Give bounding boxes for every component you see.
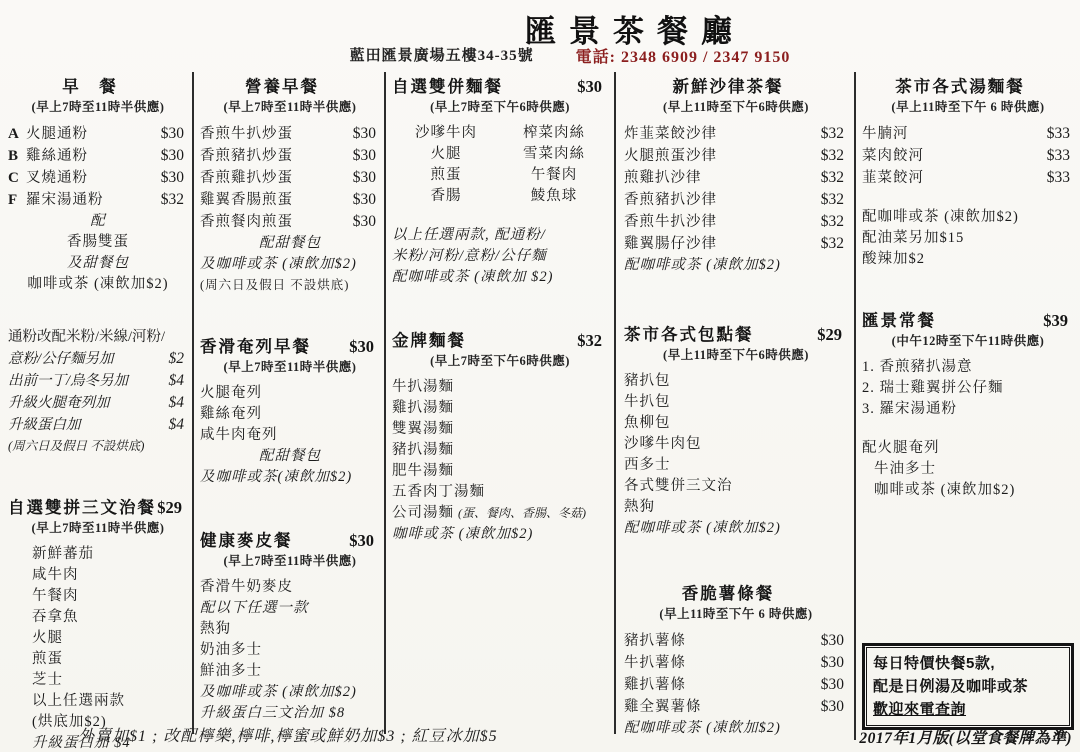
section-header: 茶市各式包點餐 $29	[624, 324, 848, 346]
menu-item-row: 熱狗	[624, 497, 848, 518]
menu-item-row: 西多士	[624, 455, 848, 476]
item-name: 香煎豬扒炒蛋	[200, 146, 293, 167]
restaurant-phone: 電話: 2348 6909 / 2347 9150	[576, 44, 791, 67]
menu-item-row: 炸韮菜餃沙律$32	[624, 123, 848, 145]
menu-item-row: 香腸雙蛋	[8, 232, 188, 253]
section-title: 自選雙拼三文治餐	[8, 497, 156, 519]
menu-item-row: (周六日及假日 不設烘底)	[8, 436, 188, 457]
section-fresh-salad-tea-set: 新鮮沙律茶餐 (早上11時至下午6時供應) 炸韮菜餃沙律$32火腿煎蛋沙律$32…	[624, 76, 848, 276]
item-price: $30	[353, 123, 380, 144]
item-price: $30	[161, 145, 188, 166]
menu-item-row: 香滑牛奶麥皮	[200, 577, 380, 598]
menu-item-row: 菜肉餃河$33	[862, 145, 1074, 167]
menu-item-row: 豬扒包	[624, 371, 848, 392]
menu-page: 匯景茶餐廳 藍田匯景廣場五樓34-35號 電話: 2348 6909 / 234…	[0, 0, 1080, 752]
menu-column-1: 早 餐 (早上7時至11時半供應) A火腿通粉$30B雞絲通粉$30C叉燒通粉$…	[8, 70, 188, 752]
item-price: $33	[1047, 145, 1074, 166]
item-name: 火腿	[32, 628, 63, 649]
section-header: 早 餐	[8, 76, 188, 98]
section-omelette-breakfast: 香滑奄列早餐 $30 (早上7時至11時半供應) 火腿奄列雞絲奄列咸牛肉奄列配甜…	[200, 336, 380, 488]
section-items: 香煎牛扒炒蛋$30香煎豬扒炒蛋$30香煎雞扒炒蛋$30雞翼香腸煎蛋$30香煎餐肉…	[200, 123, 380, 296]
item-name: 咖啡或茶 (凍飲加$2)	[874, 480, 1015, 501]
menu-item-row: 配咖啡或茶 (凍飲加$2)	[624, 518, 848, 539]
item-name: 配	[90, 211, 106, 232]
column-divider	[192, 72, 194, 734]
menu-item-row: C叉燒通粉$30	[8, 167, 188, 189]
menu-item-row: 午餐肉	[8, 586, 188, 607]
item-name: 通粉改配米粉/米線/河粉/	[8, 327, 165, 348]
menu-item-row: 雞翼香腸煎蛋$30	[200, 189, 380, 211]
item-name: 配咖啡或茶 (凍飲加 $2)	[392, 267, 553, 288]
menu-item-row: 咖啡或茶 (凍飲加$2)	[8, 274, 188, 295]
menu-column-5: 茶市各式湯麵餐 (早上11時至下午 6 時供應) 牛腩河$33菜肉餃河$33韮菜…	[862, 70, 1074, 730]
menu-item-row: 五香肉丁湯麵	[392, 482, 608, 503]
item-price: $2	[169, 348, 189, 369]
item-name: 煎雞扒沙律	[624, 168, 702, 189]
item-name: 意粉/公仔麵另加	[8, 349, 114, 370]
item-name: 叉燒通粉	[26, 168, 88, 189]
item-price: $30	[161, 167, 188, 188]
menu-item-row: 咖啡或茶 (凍飲加$2)	[862, 480, 1074, 501]
section-items: 牛腩河$33菜肉餃河$33韮菜餃河$33配咖啡或茶 (凍飲加$2)配油菜另加$1…	[862, 123, 1074, 270]
menu-item-row: 火腿奄列	[200, 383, 380, 404]
menu-item-row: 芝士	[8, 670, 188, 691]
menu-item-row: 升級蛋白加$4	[8, 414, 188, 436]
daily-special-box: 每日特價快餐5款, 配是日例湯及咖啡或茶 歡迎來電查詢	[862, 643, 1074, 730]
item-price: $30	[353, 211, 380, 232]
section-items: 炸韮菜餃沙律$32火腿煎蛋沙律$32煎雞扒沙律$32香煎豬扒沙律$32香煎牛扒沙…	[624, 123, 848, 276]
section-header: 自選雙拼三文治餐 $29	[8, 497, 188, 519]
item-name: 煎蛋	[392, 165, 500, 186]
section-hours: (早上7時至11時半供應)	[200, 358, 380, 377]
item-name: 升級蛋白加	[8, 415, 81, 436]
section-items: A火腿通粉$30B雞絲通粉$30C叉燒通粉$30F羅宋湯通粉$32配香腸雙蛋及甜…	[8, 123, 188, 295]
restaurant-address: 藍田匯景廣場五樓34-35號	[350, 44, 534, 67]
item-letter: B	[8, 146, 26, 167]
item-name: 米粉/河粉/意粉/公仔麵	[392, 246, 547, 267]
item-price: $4	[169, 370, 189, 391]
menu-item-row: F羅宋湯通粉$32	[8, 189, 188, 211]
section-items: 香滑牛奶麥皮配以下任選一款熱狗奶油多士鮮油多士及咖啡或茶 (凍飲加$2)升級蛋白…	[200, 577, 380, 724]
menu-item-row: 鮮油多士	[200, 661, 380, 682]
item-name: 出前一丁/烏冬另加	[8, 371, 128, 392]
menu-item-row: 及甜餐包	[8, 253, 188, 274]
section-title: 茶市各式湯麵餐	[895, 76, 1025, 98]
item-price: $33	[1047, 123, 1074, 144]
item-name: 各式雙併三文治	[624, 476, 733, 497]
item-name: 香腸雙蛋	[67, 232, 129, 253]
menu-item-row: 火腿煎蛋沙律$32	[624, 145, 848, 167]
section-hours: (早上11時至下午 6 時供應)	[862, 98, 1074, 117]
section-items: 豬扒包牛扒包魚柳包沙嗲牛肉包西多士各式雙併三文治熱狗配咖啡或茶 (凍飲加$2)	[624, 371, 848, 539]
special-line-2: 配是日例湯及咖啡或茶	[873, 675, 1063, 698]
section-price: $32	[577, 330, 608, 352]
menu-item-row: 香煎豬扒沙律$32	[624, 189, 848, 211]
footer-edition-date: 2017年1月版(以堂食餐牌為準)	[859, 726, 1072, 748]
item-name: 香滑牛奶麥皮	[200, 577, 293, 598]
menu-item-row: 韮菜餃河$33	[862, 167, 1074, 189]
menu-item-row: 米粉/河粉/意粉/公仔麵	[392, 246, 608, 267]
menu-item-row: 各式雙併三文治	[624, 476, 848, 497]
section-price: $30	[577, 76, 608, 98]
item-name: 雞絲通粉	[26, 146, 88, 167]
item-name: 雞翼香腸煎蛋	[200, 190, 293, 211]
item-name: 2. 瑞士雞翼拼公仔麵	[862, 378, 1004, 399]
section-header: 營養早餐	[200, 76, 380, 98]
item-name: 豬扒湯麵	[392, 440, 454, 461]
section-items: 通粉改配米粉/米線/河粉/意粉/公仔麵另加$2出前一丁/烏冬另加$4升級火腿奄列…	[8, 327, 188, 457]
item-name-right: 鯪魚球	[500, 186, 608, 207]
item-letter: A	[8, 124, 26, 145]
menu-item-row: 1. 香煎豬扒湯意	[862, 357, 1074, 378]
menu-item-row: 咖啡或茶 (凍飲加$2)	[392, 524, 608, 545]
menu-item-row: 牛扒湯麵	[392, 377, 608, 398]
section-noodle-swap-notes: 通粉改配米粉/米線/河粉/意粉/公仔麵另加$2出前一丁/烏冬另加$4升級火腿奄列…	[8, 327, 188, 457]
menu-item-row: A火腿通粉$30	[8, 123, 188, 145]
column-divider	[854, 72, 856, 740]
item-name: 咖啡或茶 (凍飲加$2)	[392, 524, 533, 545]
item-price: $30	[353, 145, 380, 166]
section-healthy-oatmeal-set: 健康麥皮餐 $30 (早上7時至11時半供應) 香滑牛奶麥皮配以下任選一款熱狗奶…	[200, 530, 380, 724]
item-price: $4	[169, 392, 189, 413]
section-items: 牛扒湯麵雞扒湯麵雙翼湯麵豬扒湯麵肥牛湯麵五香肉丁湯麵公司湯麵(蛋、餐肉、香腸、冬…	[392, 377, 608, 545]
section-items: 火腿奄列雞絲奄列咸牛肉奄列配甜餐包及咖啡或茶(凍飲加$2)	[200, 383, 380, 488]
item-price: $33	[1047, 167, 1074, 188]
section-items: 新鮮蕃茄咸牛肉午餐肉吞拿魚火腿煎蛋芝士以上任選兩款(烘底加$2)升級蛋白加 $4	[8, 544, 188, 752]
menu-item-row: 煎蛋午餐肉	[392, 165, 608, 186]
section-price: $29	[817, 324, 848, 346]
section-title: 自選雙併麵餐	[392, 76, 503, 98]
item-name: 配以下任選一款	[200, 598, 309, 619]
section-nutrition-breakfast: 營養早餐 (早上7時至11時半供應) 香煎牛扒炒蛋$30香煎豬扒炒蛋$30香煎雞…	[200, 76, 380, 296]
item-name: 熱狗	[624, 497, 655, 518]
item-name: 及咖啡或茶(凍飲加$2)	[200, 467, 352, 488]
menu-item-row: B雞絲通粉$30	[8, 145, 188, 167]
section-header: 香滑奄列早餐 $30	[200, 336, 380, 358]
section-header: 茶市各式湯麵餐	[862, 76, 1074, 98]
item-name: 配咖啡或茶 (凍飲加$2)	[624, 255, 781, 276]
item-name: 奶油多士	[200, 640, 262, 661]
item-name: 雞扒薯條	[624, 675, 686, 696]
item-price: $32	[821, 145, 848, 166]
section-header: 新鮮沙律茶餐	[624, 76, 848, 98]
section-price: $30	[349, 336, 380, 358]
item-note: (蛋、餐肉、香腸、冬菇)	[458, 503, 586, 524]
section-header: 金牌麵餐 $32	[392, 330, 608, 352]
item-price: $32	[821, 123, 848, 144]
menu-item-row: 香煎豬扒炒蛋$30	[200, 145, 380, 167]
item-price: $30	[161, 123, 188, 144]
item-name: 咸牛肉	[32, 565, 79, 586]
item-name: 雙翼湯麵	[392, 419, 454, 440]
menu-item-row: 雙翼湯麵	[392, 419, 608, 440]
item-name: 牛扒包	[624, 392, 671, 413]
menu-item-row: 熱狗	[200, 619, 380, 640]
item-name: 炸韮菜餃沙律	[624, 124, 717, 145]
item-name: 鮮油多士	[200, 661, 262, 682]
menu-item-row: 配咖啡或茶 (凍飲加$2)	[624, 718, 848, 739]
section-diy-double-sandwich-set: 自選雙拼三文治餐 $29 (早上7時至11時半供應) 新鮮蕃茄咸牛肉午餐肉吞拿魚…	[8, 497, 188, 752]
menu-item-row: 以上任選兩款	[8, 691, 188, 712]
menu-item-row: 通粉改配米粉/米線/河粉/	[8, 327, 188, 348]
item-name: 火腿煎蛋沙律	[624, 146, 717, 167]
menu-item-row: 奶油多士	[200, 640, 380, 661]
menu-item-row: 豬扒薯條$30	[624, 630, 848, 652]
menu-item-row: 配咖啡或茶 (凍飲加$2)	[862, 207, 1074, 228]
item-name: 牛扒湯麵	[392, 377, 454, 398]
menu-item-row: 配	[8, 211, 188, 232]
item-name: 火腿奄列	[200, 383, 262, 404]
menu-item-row: 配油菜另加$15	[862, 228, 1074, 249]
item-name: 豬扒包	[624, 371, 671, 392]
menu-item-row: 牛腩河$33	[862, 123, 1074, 145]
section-price: $29	[157, 497, 188, 519]
item-name: 香腸	[392, 186, 500, 207]
section-title: 香滑奄列早餐	[200, 336, 311, 358]
item-name: 酸辣加$2	[862, 249, 925, 270]
item-price: $4	[169, 414, 189, 435]
item-name: 咸牛肉奄列	[200, 425, 278, 446]
section-items: 沙嗲牛肉榨菜肉絲火腿雪菜肉絲煎蛋午餐肉香腸鯪魚球以上任選兩款, 配通粉/米粉/河…	[392, 123, 608, 288]
item-name: 公司湯麵	[392, 503, 454, 524]
section-tea-time-bun-set: 茶市各式包點餐 $29 (早上11時至下午6時供應) 豬扒包牛扒包魚柳包沙嗲牛肉…	[624, 324, 848, 539]
item-price: $32	[821, 211, 848, 232]
section-diy-double-noodle-set: 自選雙併麵餐 $30 (早上7時至下午6時供應) 沙嗲牛肉榨菜肉絲火腿雪菜肉絲煎…	[392, 76, 608, 288]
item-name: 火腿通粉	[26, 124, 88, 145]
menu-item-row: 雞扒薯條$30	[624, 674, 848, 696]
item-name: 菜肉餃河	[862, 146, 924, 167]
section-header: 自選雙併麵餐 $30	[392, 76, 608, 98]
item-name: 香煎雞扒炒蛋	[200, 168, 293, 189]
item-name: (周六日及假日 不設烘底)	[8, 436, 144, 457]
section-hours: (早上7時至下午6時供應)	[392, 352, 608, 371]
section-header: 匯景常餐 $39	[862, 310, 1074, 332]
item-name: 豬扒薯條	[624, 631, 686, 652]
item-price: $32	[821, 233, 848, 254]
item-name: 升級火腿奄列加	[8, 393, 110, 414]
item-name: 牛油多士	[874, 459, 936, 480]
section-hours: (中午12時至下午11時供應)	[862, 332, 1074, 351]
section-wui-king-regular-set: 匯景常餐 $39 (中午12時至下午11時供應) 1. 香煎豬扒湯意2. 瑞士雞…	[862, 310, 1074, 501]
item-name: 咖啡或茶 (凍飲加$2)	[27, 274, 168, 295]
item-price: $30	[821, 630, 848, 651]
menu-item-row	[392, 207, 608, 225]
item-name: 新鮮蕃茄	[32, 544, 94, 565]
section-tea-time-soup-noodle-set: 茶市各式湯麵餐 (早上11時至下午 6 時供應) 牛腩河$33菜肉餃河$33韮菜…	[862, 76, 1074, 270]
menu-item-row: 咸牛肉奄列	[200, 425, 380, 446]
menu-item-row: 雞翼腸仔沙律$32	[624, 233, 848, 255]
section-crispy-fries-set: 香脆薯條餐 (早上11時至下午 6 時供應) 豬扒薯條$30牛扒薯條$30雞扒薯…	[624, 583, 848, 739]
menu-item-row: 火腿	[8, 628, 188, 649]
section-items: 豬扒薯條$30牛扒薯條$30雞扒薯條$30雞全翼薯條$30配咖啡或茶 (凍飲加$…	[624, 630, 848, 739]
item-name: 配油菜另加$15	[862, 228, 964, 249]
menu-item-row: 牛油多士	[862, 459, 1074, 480]
section-hours: (早上7時至11時半供應)	[200, 98, 380, 117]
item-name: 雞扒湯麵	[392, 398, 454, 419]
item-price: $30	[821, 674, 848, 695]
item-name-right: 榨菜肉絲	[500, 123, 608, 144]
item-name: (周六日及假日 不設烘底)	[200, 275, 349, 296]
item-name: 升級蛋白三文治加 $8	[200, 703, 345, 724]
item-name: 熱狗	[200, 619, 231, 640]
menu-item-row: 3. 羅宋湯通粉	[862, 399, 1074, 420]
menu-item-row: 配甜餐包	[200, 233, 380, 254]
menu-item-row: 肥牛湯麵	[392, 461, 608, 482]
section-hours: (早上11時至下午6時供應)	[624, 346, 848, 365]
item-name: 沙嗲牛肉包	[624, 434, 702, 455]
section-title: 健康麥皮餐	[200, 530, 293, 552]
menu-item-row: 煎雞扒沙律$32	[624, 167, 848, 189]
menu-item-row: 配甜餐包	[200, 446, 380, 467]
menu-item-row: 配咖啡或茶 (凍飲加$2)	[624, 255, 848, 276]
section-title: 茶市各式包點餐	[624, 324, 754, 346]
item-name: 香煎牛扒炒蛋	[200, 124, 293, 145]
menu-item-row: 香煎雞扒炒蛋$30	[200, 167, 380, 189]
item-name-right: 午餐肉	[500, 165, 608, 186]
item-price: $32	[821, 167, 848, 188]
item-price: $32	[821, 189, 848, 210]
menu-item-row	[862, 189, 1074, 207]
item-name: 以上任選兩款	[32, 691, 125, 712]
item-name: 3. 羅宋湯通粉	[862, 399, 957, 420]
section-title: 新鮮沙律茶餐	[673, 76, 784, 98]
section-hours: (早上7時至11時半供應)	[8, 519, 188, 538]
section-hours: (早上7時至11時半供應)	[8, 98, 188, 117]
item-name: 沙嗲牛肉	[392, 123, 500, 144]
menu-item-row: 香煎餐肉煎蛋$30	[200, 211, 380, 233]
menu-item-row: 雞扒湯麵	[392, 398, 608, 419]
menu-item-row: 沙嗲牛肉包	[624, 434, 848, 455]
item-name: 牛扒薯條	[624, 653, 686, 674]
item-name: 芝士	[32, 670, 63, 691]
item-name: 五香肉丁湯麵	[392, 482, 485, 503]
item-name: 配咖啡或茶 (凍飲加$2)	[862, 207, 1019, 228]
item-name: 雞絲奄列	[200, 404, 262, 425]
item-name: 香煎豬扒沙律	[624, 190, 717, 211]
menu-item-row: 升級火腿奄列加$4	[8, 392, 188, 414]
menu-item-row: 香腸鯪魚球	[392, 186, 608, 207]
menu-item-row: 及咖啡或茶(凍飲加$2)	[200, 467, 380, 488]
menu-item-row: 配以下任選一款	[200, 598, 380, 619]
menu-item-row: 牛扒薯條$30	[624, 652, 848, 674]
item-name: 配咖啡或茶 (凍飲加$2)	[624, 518, 781, 539]
item-name-right: 雪菜肉絲	[500, 144, 608, 165]
item-name: 配火腿奄列	[862, 438, 940, 459]
menu-item-row: 香煎牛扒沙律$32	[624, 211, 848, 233]
section-hours: (早上7時至下午6時供應)	[392, 98, 608, 117]
menu-item-row: 出前一丁/烏冬另加$4	[8, 370, 188, 392]
menu-column-2: 營養早餐 (早上7時至11時半供應) 香煎牛扒炒蛋$30香煎豬扒炒蛋$30香煎雞…	[200, 70, 380, 724]
menu-item-row: 配火腿奄列	[862, 438, 1074, 459]
section-title: 香脆薯條餐	[682, 583, 775, 605]
item-name: 雞全翼薯條	[624, 697, 702, 718]
item-price: $30	[353, 167, 380, 188]
section-gold-medal-noodle-set: 金牌麵餐 $32 (早上7時至下午6時供應) 牛扒湯麵雞扒湯麵雙翼湯麵豬扒湯麵肥…	[392, 330, 608, 545]
menu-item-row: 及咖啡或茶 (凍飲加$2)	[200, 682, 380, 703]
menu-item-row: 香煎牛扒炒蛋$30	[200, 123, 380, 145]
item-name: 配甜餐包	[259, 446, 321, 467]
item-letter: F	[8, 190, 26, 211]
menu-item-row: 牛扒包	[624, 392, 848, 413]
menu-item-row: 火腿雪菜肉絲	[392, 144, 608, 165]
item-name: 及咖啡或茶 (凍飲加$2)	[200, 682, 357, 703]
menu-item-row: 配咖啡或茶 (凍飲加 $2)	[392, 267, 608, 288]
menu-item-row: 公司湯麵(蛋、餐肉、香腸、冬菇)	[392, 503, 608, 524]
item-name: 香煎餐肉煎蛋	[200, 212, 293, 233]
item-name: 魚柳包	[624, 413, 671, 434]
item-price: $30	[821, 652, 848, 673]
item-name: 以上任選兩款, 配通粉/	[392, 225, 546, 246]
section-items: 1. 香煎豬扒湯意2. 瑞士雞翼拼公仔麵3. 羅宋湯通粉配火腿奄列牛油多士咖啡或…	[862, 357, 1074, 501]
item-name: 吞拿魚	[32, 607, 79, 628]
menu-item-row: 沙嗲牛肉榨菜肉絲	[392, 123, 608, 144]
item-price: $30	[353, 189, 380, 210]
item-name: 配咖啡或茶 (凍飲加$2)	[624, 718, 781, 739]
item-price: $32	[161, 189, 188, 210]
menu-item-row: 以上任選兩款, 配通粉/	[392, 225, 608, 246]
item-letter: C	[8, 168, 26, 189]
menu-item-row: 煎蛋	[8, 649, 188, 670]
menu-item-row: 升級蛋白三文治加 $8	[200, 703, 380, 724]
menu-item-row: 雞全翼薯條$30	[624, 696, 848, 718]
section-price: $39	[1043, 310, 1074, 332]
item-name: 及甜餐包	[67, 253, 129, 274]
section-title: 營養早餐	[245, 76, 319, 98]
section-header: 健康麥皮餐 $30	[200, 530, 380, 552]
section-price: $30	[349, 530, 380, 552]
menu-item-row: 吞拿魚	[8, 607, 188, 628]
item-name: 羅宋湯通粉	[26, 190, 104, 211]
menu-item-row: 酸辣加$2	[862, 249, 1074, 270]
item-name: 午餐肉	[32, 586, 79, 607]
item-name: 肥牛湯麵	[392, 461, 454, 482]
section-breakfast: 早 餐 (早上7時至11時半供應) A火腿通粉$30B雞絲通粉$30C叉燒通粉$…	[8, 76, 188, 295]
section-header: 香脆薯條餐	[624, 583, 848, 605]
item-name: 煎蛋	[32, 649, 63, 670]
section-hours: (早上11時至下午 6 時供應)	[624, 605, 848, 624]
special-line-1: 每日特價快餐5款,	[873, 652, 1063, 675]
menu-column-3: 自選雙併麵餐 $30 (早上7時至下午6時供應) 沙嗲牛肉榨菜肉絲火腿雪菜肉絲煎…	[392, 70, 608, 545]
item-name: 雞翼腸仔沙律	[624, 234, 717, 255]
item-name: 牛腩河	[862, 124, 909, 145]
menu-item-row: 雞絲奄列	[200, 404, 380, 425]
item-name: 及咖啡或茶 (凍飲加$2)	[200, 254, 357, 275]
menu-item-row	[862, 420, 1074, 438]
footer-addons-note: 外賣加$1 ; 改配檸樂,檸啡,檸蜜或鮮奶加$3 ; 紅豆冰加$5	[78, 723, 498, 746]
item-name: 配甜餐包	[259, 233, 321, 254]
menu-item-row: 咸牛肉	[8, 565, 188, 586]
item-name: 火腿	[392, 144, 500, 165]
column-divider	[384, 72, 386, 734]
menu-item-row: 魚柳包	[624, 413, 848, 434]
section-hours: (早上11時至下午6時供應)	[624, 98, 848, 117]
item-name: 香煎牛扒沙律	[624, 212, 717, 233]
column-divider	[614, 72, 616, 734]
header-info-line: 藍田匯景廣場五樓34-35號 電話: 2348 6909 / 2347 9150	[0, 44, 1080, 67]
special-line-3: 歡迎來電查詢	[873, 698, 1063, 721]
item-name: 1. 香煎豬扒湯意	[862, 357, 973, 378]
section-title: 匯景常餐	[862, 310, 936, 332]
section-hours: (早上7時至11時半供應)	[200, 552, 380, 571]
menu-item-row: (周六日及假日 不設烘底)	[200, 275, 380, 296]
item-name: 西多士	[624, 455, 671, 476]
section-title: 早 餐	[62, 76, 118, 98]
menu-item-row: 意粉/公仔麵另加$2	[8, 348, 188, 370]
item-price: $30	[821, 696, 848, 717]
section-title: 金牌麵餐	[392, 330, 466, 352]
menu-item-row: 及咖啡或茶 (凍飲加$2)	[200, 254, 380, 275]
menu-item-row: 新鮮蕃茄	[8, 544, 188, 565]
